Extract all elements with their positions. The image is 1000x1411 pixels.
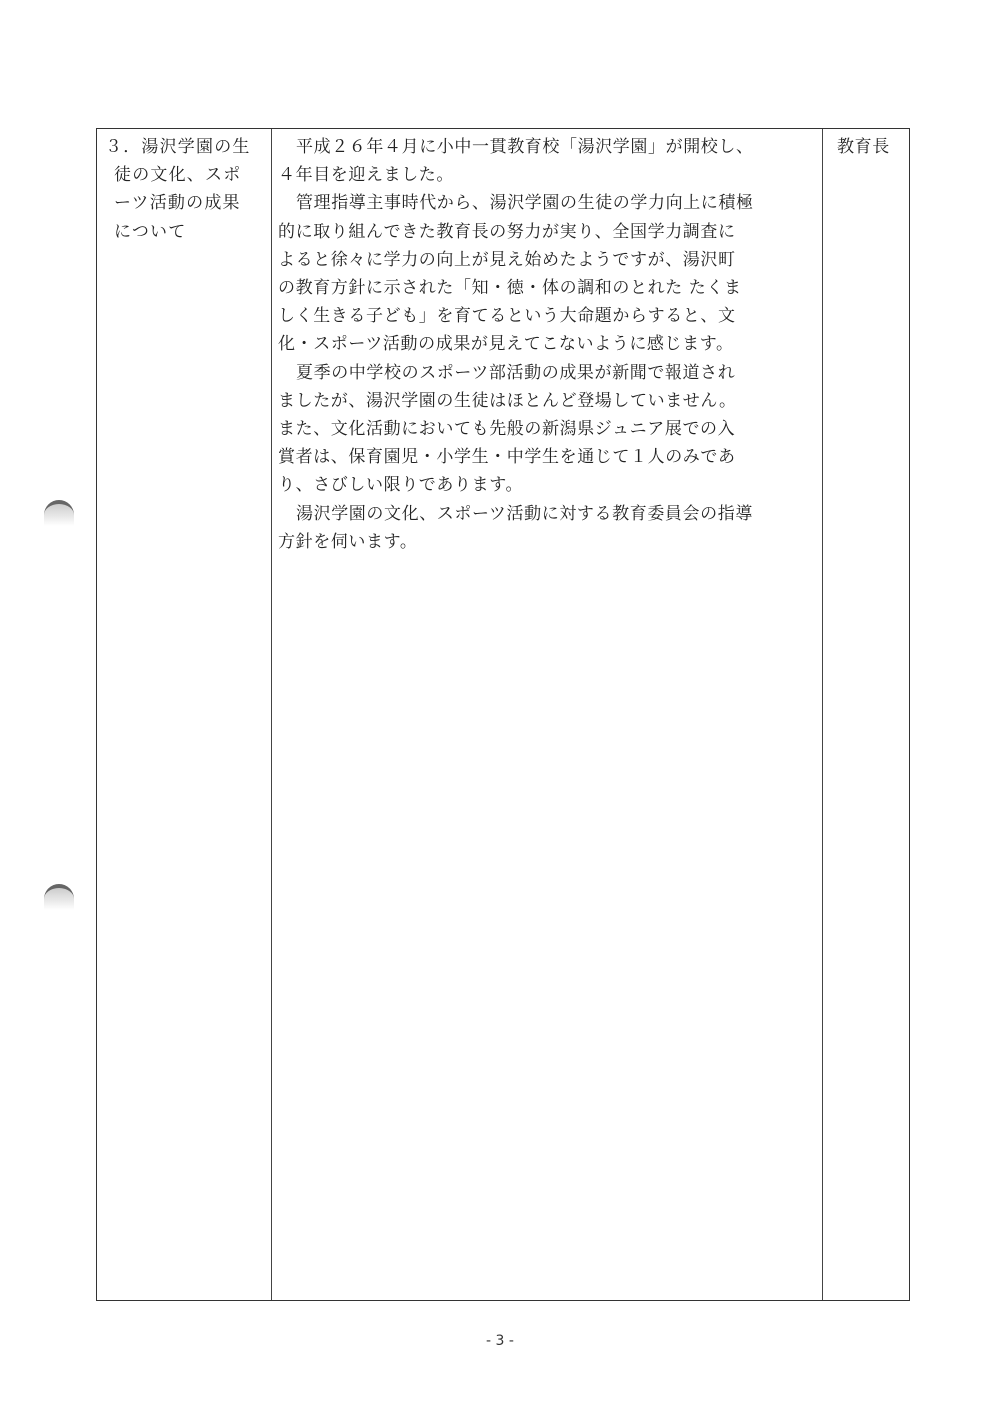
body-text-line: 平成２６年４月に小中一貫教育校「湯沢学園」が開校し、 (278, 133, 818, 161)
body-text-line: 管理指導主事時代から、湯沢学園の生徒の学力向上に積極 (278, 189, 818, 217)
respondent-label: 教育長 (837, 133, 909, 161)
page-number: - 3 - (0, 1333, 1000, 1349)
body-text-line: また、文化活動においても先般の新潟県ジュニア展での入 (278, 415, 818, 443)
body-text-line: 方針を伺います。 (278, 528, 818, 556)
respondent-cell: 教育長 (823, 129, 909, 1300)
body-text-line: り、さびしい限りであります。 (278, 471, 818, 499)
body-text-line: 賞者は、保育園児・小学生・中学生を通じて１人のみであ (278, 443, 818, 471)
body-text-line: 的に取り組んできた教育長の努力が実り、全国学力調査に (278, 218, 818, 246)
body-text-line: の教育方針に示された「知・徳・体の調和のとれた たくま (278, 274, 818, 302)
topic-line: ３．湯沢学園の生 (105, 133, 269, 161)
question-body-cell: 平成２６年４月に小中一貫教育校「湯沢学園」が開校し、４年目を迎えました。管理指導… (272, 129, 823, 1300)
topic-line: ーツ活動の成果 (105, 189, 269, 217)
body-text-line: ましたが、湯沢学園の生徒はほとんど登場していません。 (278, 387, 818, 415)
binder-hole-mark (44, 500, 74, 526)
binder-hole-mark (44, 884, 74, 910)
topic-line: 徒の文化、スポ (105, 161, 269, 189)
body-text-line: しく生きる子ども」を育てるという大命題からすると、文 (278, 302, 818, 330)
question-topic-cell: ３．湯沢学園の生 徒の文化、スポ ーツ活動の成果 について (97, 129, 272, 1300)
body-text-line: 湯沢学園の文化、スポーツ活動に対する教育委員会の指導 (278, 500, 818, 528)
body-text-line: ４年目を迎えました。 (278, 161, 818, 189)
question-table: ３．湯沢学園の生 徒の文化、スポ ーツ活動の成果 について 平成２６年４月に小中… (96, 128, 910, 1301)
body-text-line: 化・スポーツ活動の成果が見えてこないように感じます。 (278, 330, 818, 358)
body-text-line: 夏季の中学校のスポーツ部活動の成果が新聞で報道され (278, 359, 818, 387)
topic-line: について (105, 218, 269, 246)
body-text-line: よると徐々に学力の向上が見え始めたようですが、湯沢町 (278, 246, 818, 274)
